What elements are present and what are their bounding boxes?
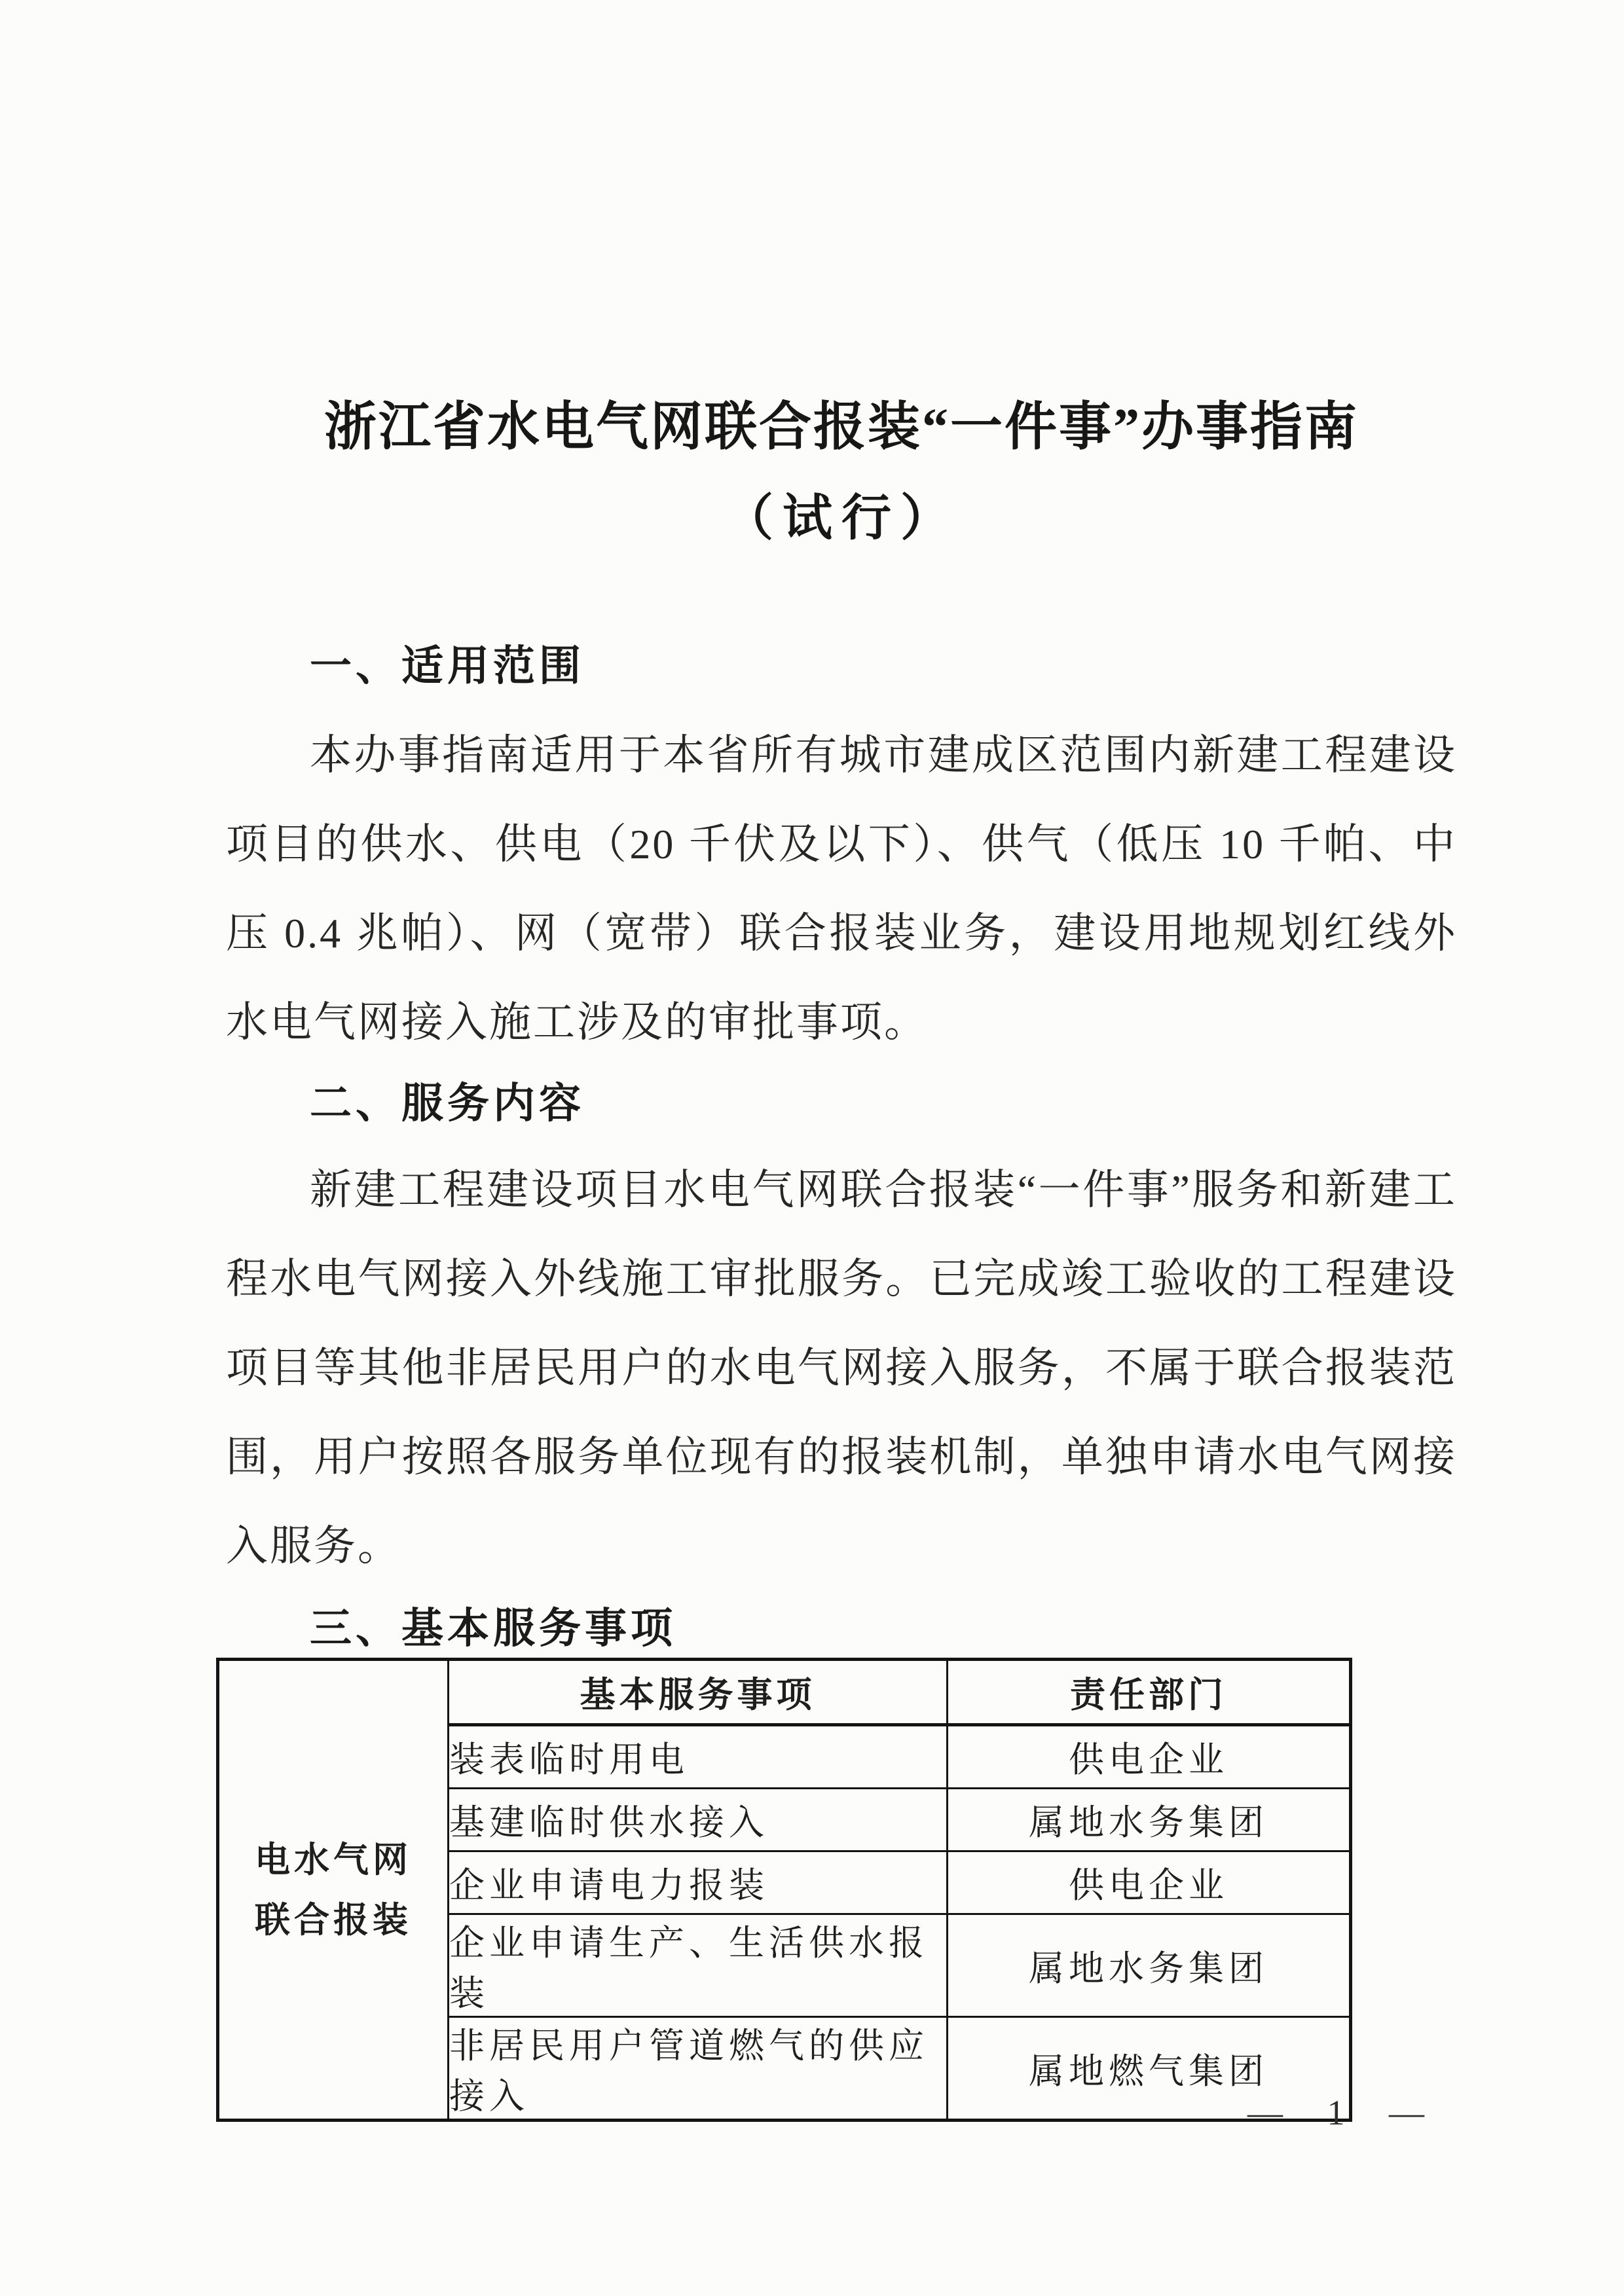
table-header-department: 责任部门 (948, 1660, 1351, 1725)
table-cell-department: 供电企业 (948, 1725, 1351, 1789)
table-cell-service: 基建临时供水接入 (449, 1789, 948, 1851)
page-number: — 1 — (1247, 2092, 1431, 2133)
table-cell-service: 企业申请电力报装 (449, 1851, 948, 1914)
title-line-1: 浙江省水电气网联合报装“一件事”办事指南 (226, 396, 1457, 459)
table-cell-service: 装表临时用电 (449, 1725, 948, 1789)
group-label-line-1: 电水气网 (219, 1830, 447, 1890)
title-line-2: （试行） (226, 489, 1457, 549)
table-group-label-cell: 电水气网 联合报装 (218, 1660, 449, 2121)
section-1-heading: 一、适用范围 (226, 622, 1457, 711)
section-2-paragraph: 新建工程建设项目水电气网联合报装“一件事”服务和新建工程水电气网接入外线施工审批… (226, 1146, 1457, 1591)
section-2-heading: 二、服务内容 (226, 1059, 1457, 1148)
table-cell-department: 属地水务集团 (948, 1789, 1351, 1851)
basic-services-table: 电水气网 联合报装 基本服务事项 责任部门 装表临时用电 供电企业 基建临时供水… (216, 1658, 1352, 2122)
table-cell-department: 属地水务集团 (948, 1914, 1351, 2017)
table-header-row: 电水气网 联合报装 基本服务事项 责任部门 (218, 1660, 1351, 1725)
table-header-service: 基本服务事项 (449, 1660, 948, 1725)
section-1-paragraph: 本办事指南适用于本省所有城市建成区范围内新建工程建设项目的供水、供电（20 千伏… (226, 711, 1457, 1067)
document-title: 浙江省水电气网联合报装“一件事”办事指南 （试行） (226, 396, 1457, 549)
table-cell-service: 非居民用户管道燃气的供应接入 (449, 2017, 948, 2121)
table-cell-service: 企业申请生产、生活供水报装 (449, 1914, 948, 2017)
document-page: 浙江省水电气网联合报装“一件事”办事指南 （试行） 一、适用范围 本办事指南适用… (0, 0, 1624, 2296)
table-cell-department: 供电企业 (948, 1851, 1351, 1914)
group-label-line-2: 联合报装 (219, 1890, 447, 1950)
